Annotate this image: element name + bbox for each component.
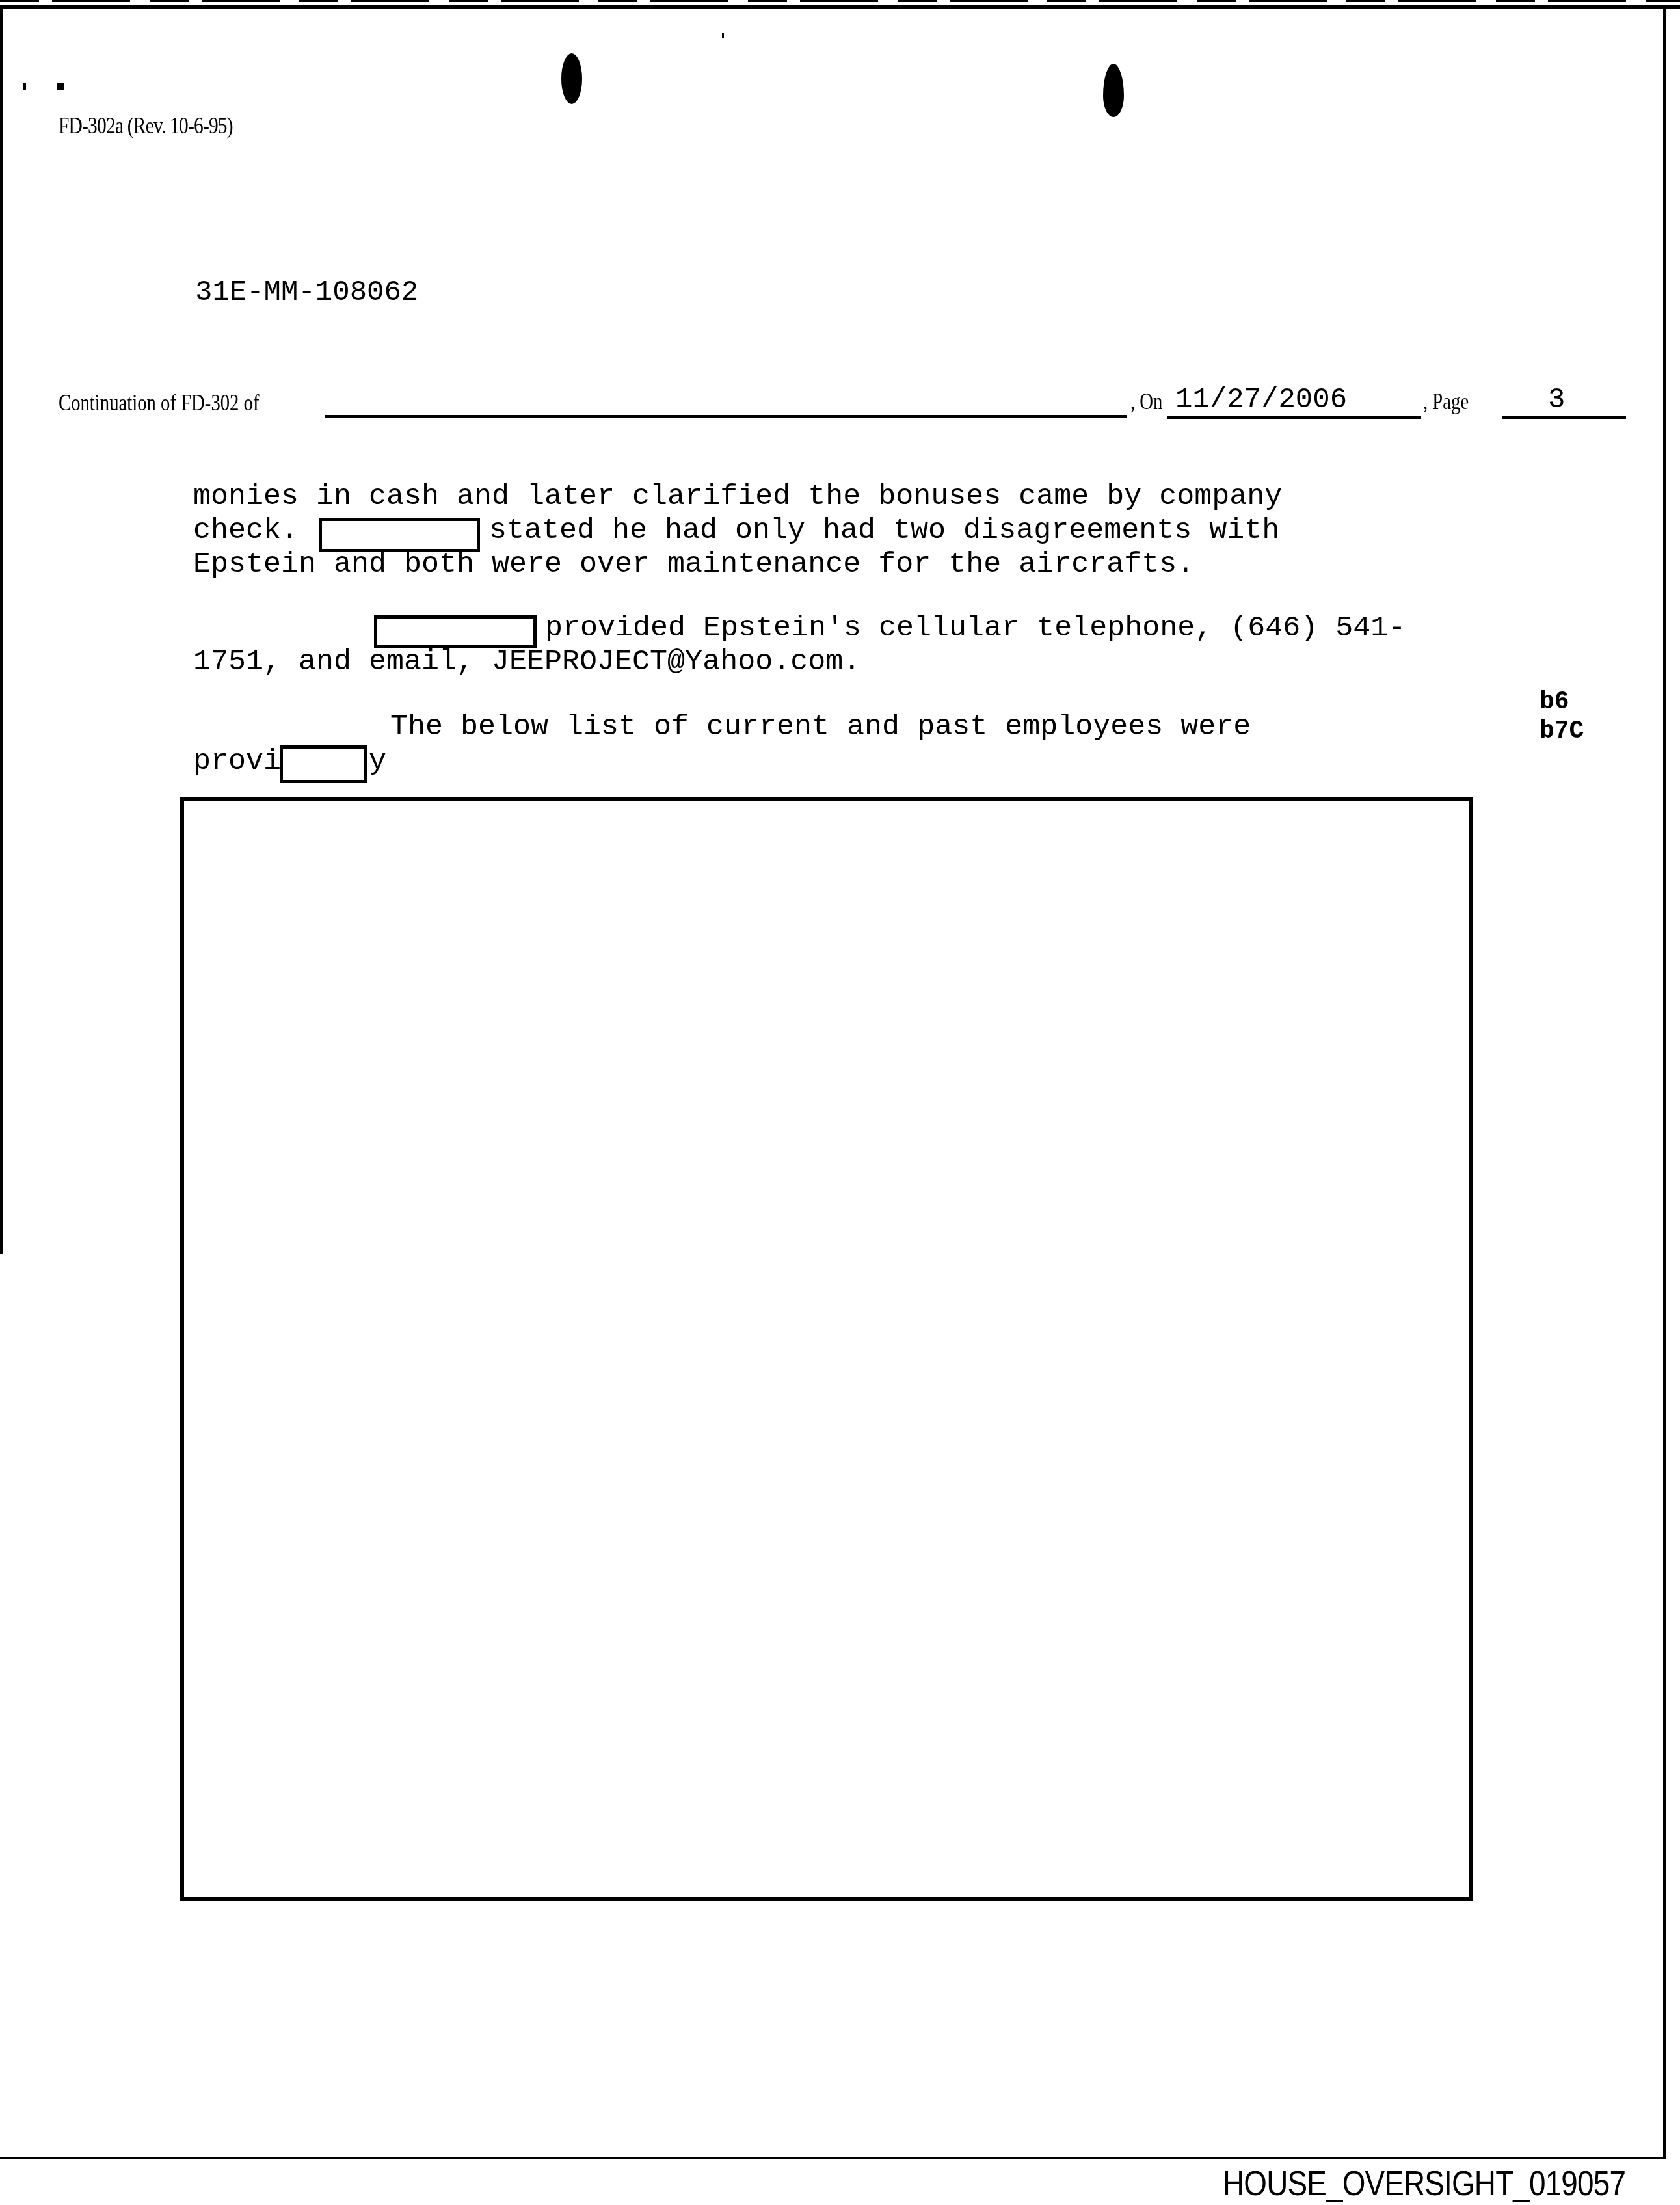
redacted-employee-list — [180, 797, 1473, 1901]
continuation-label: Continuation of FD-302 of — [59, 390, 260, 416]
page-border-right — [1663, 5, 1666, 2159]
subject-field — [325, 415, 1127, 418]
page-border-bottom — [0, 2157, 1666, 2159]
date-field: 11/27/2006 — [1167, 384, 1421, 419]
form-id: FD-302a (Rev. 10-6-95) — [59, 112, 233, 139]
bates-number: HOUSE_OVERSIGHT_019057 — [1223, 2163, 1625, 2204]
paragraph-2-line-2: 1751, and email, JEEPROJECT@Yahoo.com. — [193, 645, 860, 678]
page-number: 3 — [1548, 384, 1565, 416]
redaction-box — [374, 615, 537, 648]
paragraph-1-line-1: monies in cash and later clarified the b… — [193, 480, 1282, 513]
date-value: 11/27/2006 — [1175, 384, 1347, 416]
continuation-header: Continuation of FD-302 of , On 11/27/200… — [59, 384, 1574, 423]
exemption-code-b7c: b7C — [1540, 717, 1584, 746]
paragraph-1-line-2-start: check. — [193, 514, 299, 547]
on-label: , On — [1130, 389, 1162, 415]
redaction-box — [280, 745, 367, 783]
paragraph-1-line-3: Epstein and both were over maintenance f… — [193, 548, 1194, 581]
page-border-left — [0, 5, 3, 1254]
page-border-top — [0, 5, 1680, 9]
page-label: , Page — [1423, 389, 1469, 415]
scan-speck — [23, 83, 26, 90]
punch-hole-left — [561, 53, 582, 104]
punch-hole-right — [1103, 64, 1124, 117]
scan-speck — [57, 83, 64, 90]
paragraph-2-line-1: provided Epstein's cellular telephone, (… — [545, 611, 1406, 645]
file-number: 31E-MM-108062 — [195, 276, 418, 309]
page-number-field: 3 — [1502, 384, 1626, 419]
paragraph-3-line-1: The below list of current and past emplo… — [390, 710, 1251, 743]
exemption-code-b6: b6 — [1540, 688, 1569, 717]
scan-speck — [722, 33, 724, 38]
paragraph-1-line-2-end: stated he had only had two disagreements… — [489, 514, 1279, 547]
scan-artifact-top — [0, 0, 1680, 2]
